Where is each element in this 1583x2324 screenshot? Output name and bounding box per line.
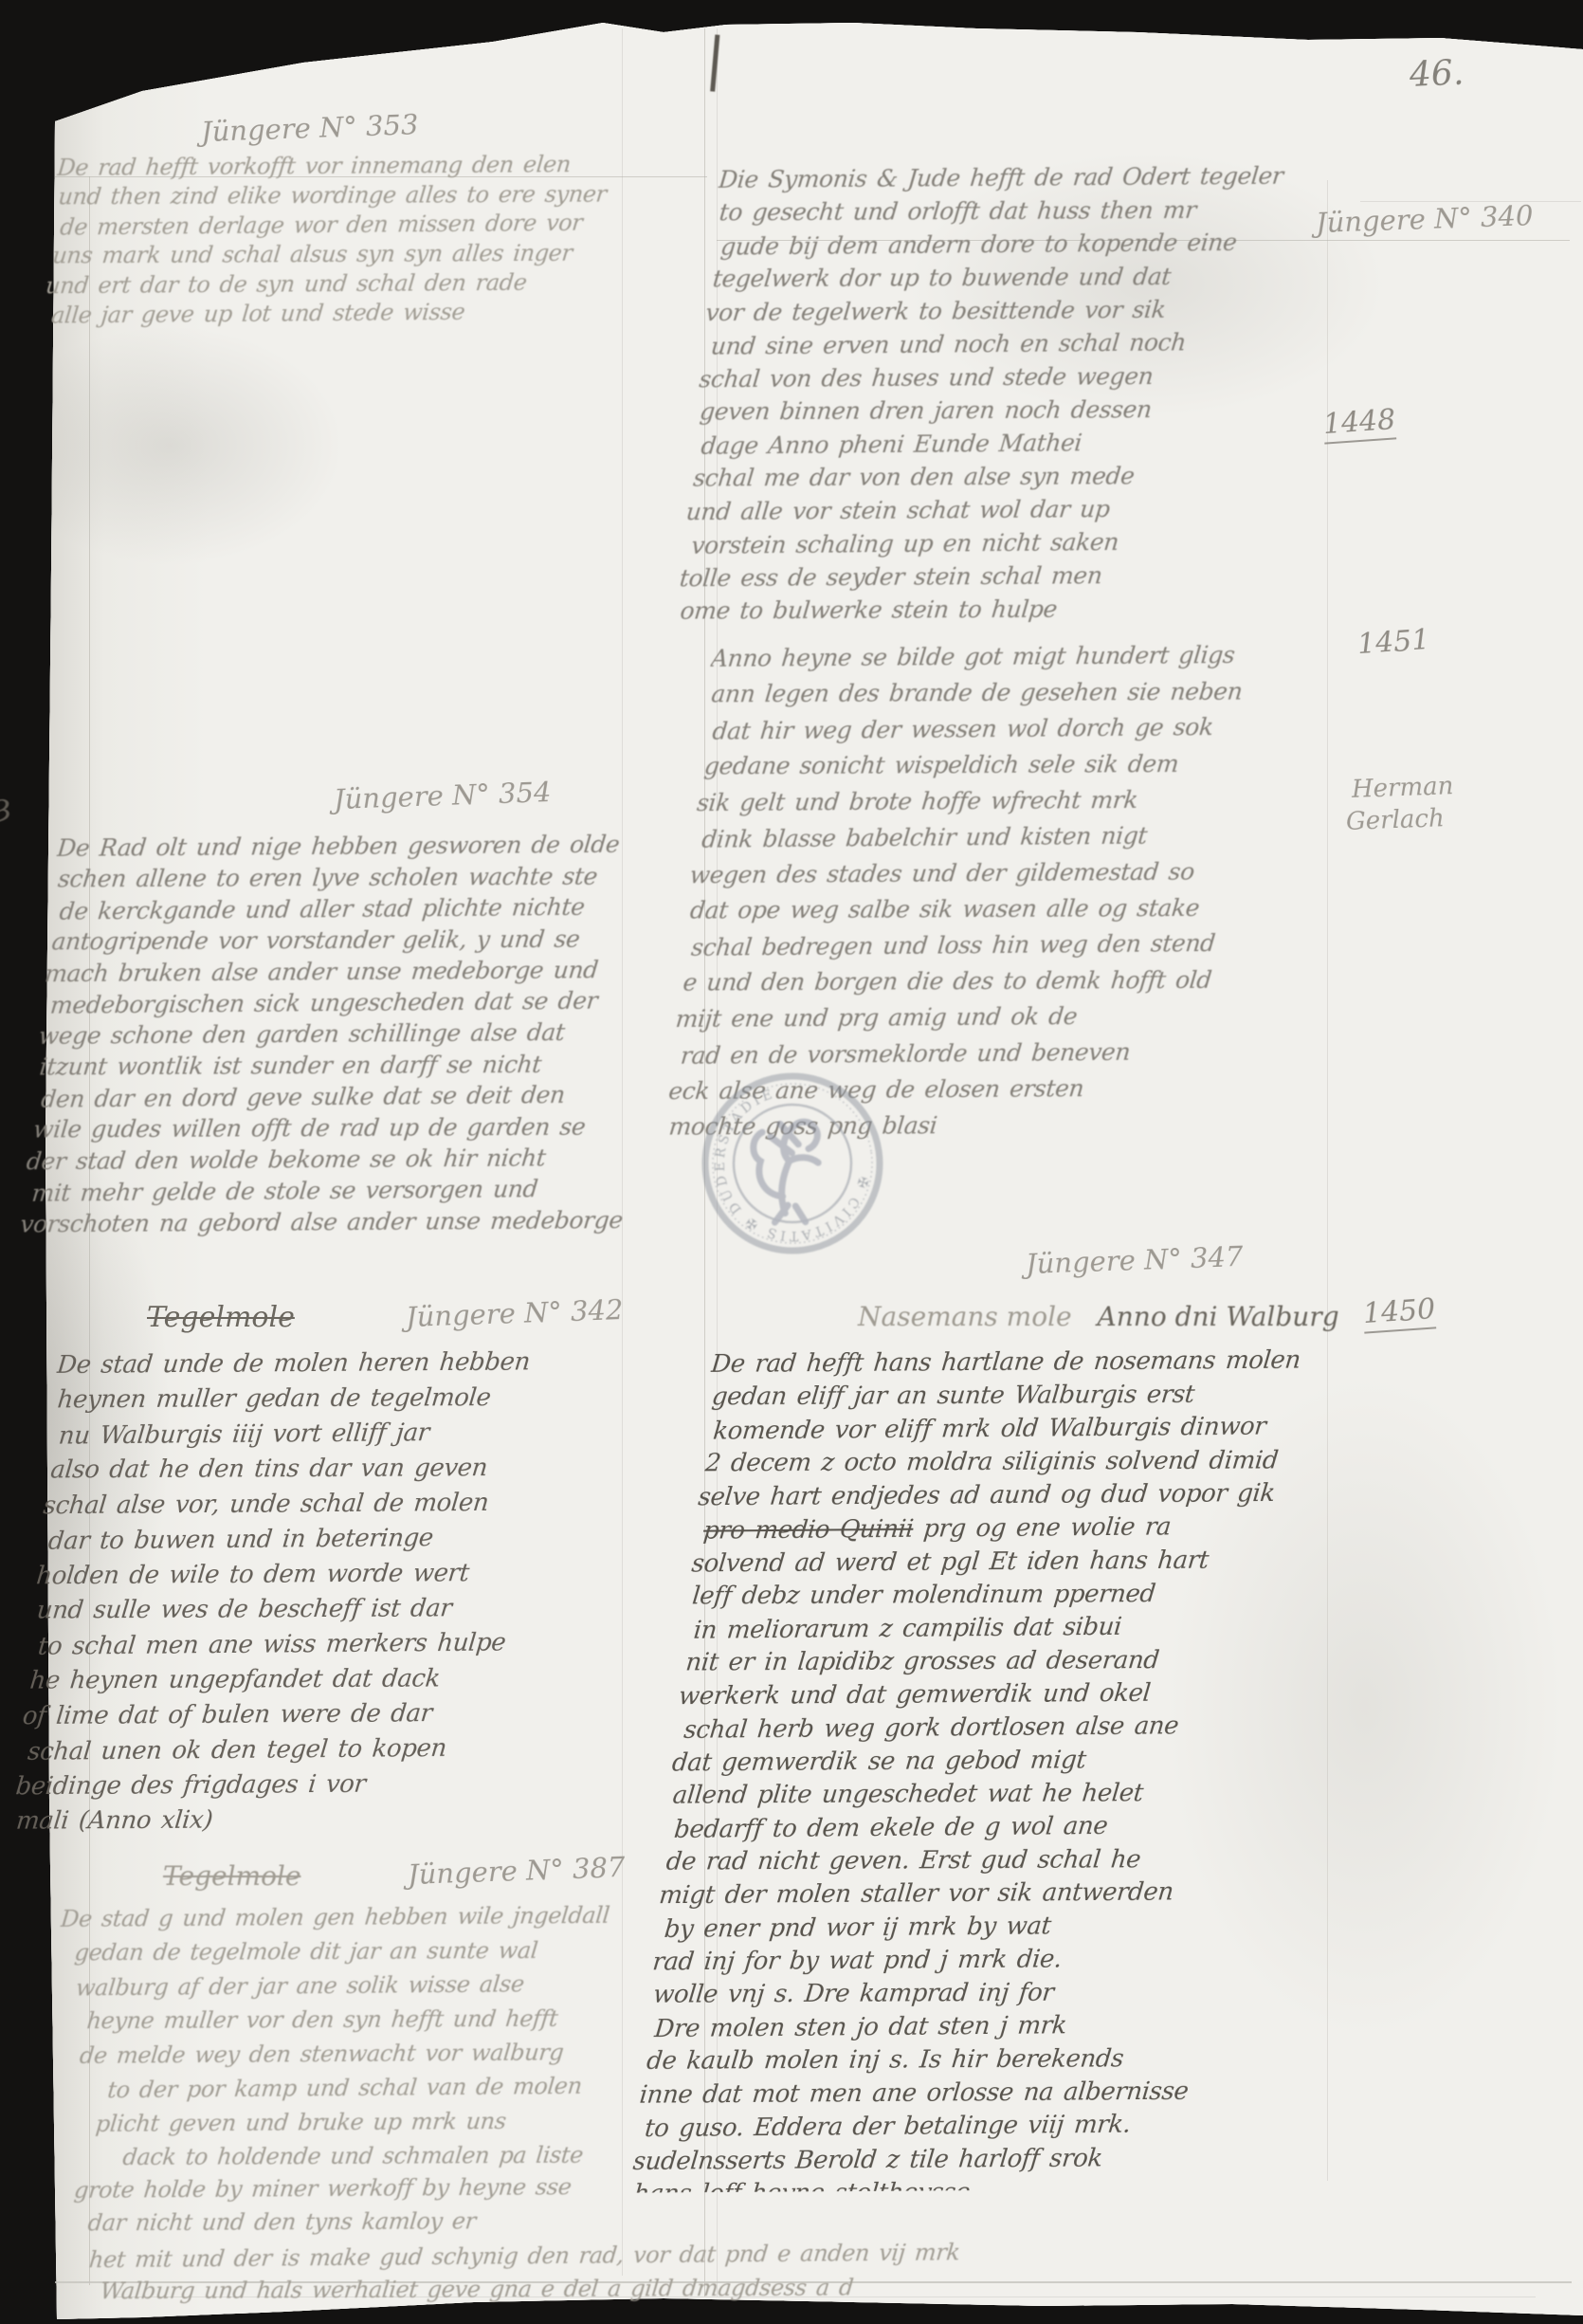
manuscript-line: 2 decem z octo moldra siliginis solvend … <box>703 1444 1337 1480</box>
pen-trial-stroke: ⎸ <box>710 28 773 100</box>
manuscript-line: tolle ess de seyder stein schal men <box>678 558 1297 595</box>
manuscript-line: ome to bulwerke stein to hulpe <box>679 591 1298 627</box>
photographed-manuscript-scan: 46. ⎸ ȝ Jüngere N° 353 De rad hefft vork… <box>0 0 1583 2324</box>
manuscript-line: medeborgischen sick ungescheden dat se d… <box>49 984 659 1021</box>
manuscript-line: gedan eliff jar an sunte Walburgis erst <box>710 1378 1343 1414</box>
manuscript-line: De Rad olt und nige hebben gesworen de o… <box>56 829 665 864</box>
manuscript-line: De rad hefft hans hartlane de nosemans m… <box>710 1344 1343 1382</box>
heading-annotation: Anno dni Walburg <box>1098 1301 1339 1332</box>
manuscript-line: dat gemwerdik se na gebod migt <box>670 1743 1303 1781</box>
manuscript-line: mach bruken alse ander unse medeborge un… <box>44 954 653 989</box>
manuscript-line: Dre molen sten jo dat sten j mrk <box>653 2007 1286 2046</box>
manuscript-line: dage Anno pheni Eunde Mathei <box>700 424 1319 463</box>
manuscript-line: to der por kamp und schal van de molen <box>106 2068 643 2107</box>
manuscript-line: wolle vnj s. Dre kamprad inj for <box>651 1975 1284 2011</box>
entry-paragraph: Die Symonis & Jude hefft de rad Odert te… <box>674 158 1337 637</box>
manuscript-line: und sulle wes de bescheff ist dar <box>35 1590 631 1628</box>
manuscript-line: Die Symonis & Jude hefft de rad Odert te… <box>718 158 1337 196</box>
manuscript-line: in meliorarum z campilis dat sibui <box>692 1609 1325 1648</box>
manuscript-line: und ert dar to de syn und schal den rade <box>45 267 630 301</box>
manuscript-line: also dat he den tins dar van geven <box>49 1450 646 1488</box>
manuscript-line: pro medio Quinii prg og ene wolie ra <box>701 1510 1335 1548</box>
heading-text: Nasemans mole <box>858 1301 1072 1332</box>
entry-paragraph: De rad hefft vorkofft vor innemang den e… <box>40 150 642 343</box>
manuscript-line: sudelnsserts Berold z tile harloff srok <box>631 2141 1265 2179</box>
manuscript-line: walburg af der jar ane solik wisse alse <box>74 1966 650 2004</box>
manuscript-line: schen allene to eren lyve scholen wachte… <box>57 860 665 894</box>
manuscript-line: mit mehr gelde de stole se versorgen und <box>30 1172 640 1209</box>
city-seal-stamp: ✠ CIVITATIS ✠ DUDERSTADIENSIS <box>695 1062 890 1265</box>
manuscript-line: migt der molen staller vor sik antwerden <box>658 1876 1291 1913</box>
manuscript-line: vorschoten na gebord alse ander unse med… <box>19 1204 628 1239</box>
manuscript-line: schal bedregen und loss hin weg den sten… <box>689 924 1319 966</box>
manuscript-line: heynen muller gedan de tegelmole <box>56 1380 651 1418</box>
manuscript-line: wile gudes willen offt de rad up de gard… <box>32 1110 642 1144</box>
manuscript-line: Walburg und hals werhaliet geve gna e de… <box>99 2267 1529 2308</box>
manuscript-line: schal alse vor, unde schal de molen <box>42 1485 638 1524</box>
manuscript-line: to guso. Eddera der betalinge viij mrk. <box>644 2107 1277 2146</box>
manuscript-line: dink blasse babelchir und kisten nigt <box>701 816 1330 858</box>
manuscript-line: geven binnen dren jaren noch dessen <box>699 392 1318 428</box>
manuscript-line: werkerk und dat gemwerdik und okel <box>677 1676 1310 1714</box>
manuscript-line: wegen des stades und der gildemestad so <box>688 853 1318 894</box>
heading-text: Tegelmole <box>163 1860 300 1892</box>
manuscript-line: de kaulb molen inj s. Is hir berekends <box>645 2042 1278 2078</box>
manuscript-line: holden de wile to dem worde wert <box>35 1555 631 1594</box>
manuscript-line: gedan de tegelmole dit jar an sunte wal <box>73 1932 650 1969</box>
margin-archivist-name-2: Gerlach <box>1346 804 1446 836</box>
manuscript-line: solvend ad werd et pgl Et iden hans hart <box>690 1544 1323 1582</box>
manuscript-line: gude bij dem andern dore to kopende eine <box>719 225 1337 264</box>
manuscript-line: ann legen des brande de gesehen sie nebe… <box>710 673 1338 712</box>
margin-archivist-name-1: Herman <box>1352 772 1454 804</box>
manuscript-line: allend plite ungeschedet wat he helet <box>671 1776 1304 1812</box>
margin-year-1450: 1450 <box>1362 1292 1437 1333</box>
manuscript-line: to schal men ane wiss merkers hulpe <box>36 1624 632 1664</box>
manuscript-line: plicht geven und bruke up mrk uns <box>94 2103 630 2141</box>
manuscript-line: alle jar geve up lot und stede wisse <box>50 296 636 330</box>
manuscript-line: und then zind elike wordinge alles to er… <box>57 179 642 211</box>
manuscript-line: und alle vor stein schat wol dar up <box>684 491 1303 529</box>
manuscript-line: heyne muller vor den syn hefft und hefft <box>85 2001 644 2038</box>
manuscript-line: beidinge des frigdages i vor <box>14 1766 610 1804</box>
struck-through-text: pro medio Quinii <box>702 1515 915 1546</box>
entry-paragraph: De stad unde de molen heren hebbenheynen… <box>9 1345 650 1847</box>
manuscript-line: vor de tegelwerk to besittende vor sik <box>704 292 1323 330</box>
manuscript-line: De stad g und molen gen hebben wile jnge… <box>59 1898 650 1936</box>
manuscript-line: antogripende vor vorstander gelik, y und… <box>50 923 660 957</box>
manuscript-line: itzunt wontlik ist sunder en darff se ni… <box>38 1048 647 1082</box>
margin-year-1451: 1451 <box>1356 623 1431 661</box>
manuscript-line: to gesecht und orlofft dat huss then mr <box>718 192 1337 229</box>
entry-paragraph: De stad g und molen gen hebben wile jnge… <box>35 1898 650 2180</box>
manuscript-line: De rad hefft vorkofft vor innemang den e… <box>56 150 642 183</box>
manuscript-line: dack to holdende und schmalen pa liste <box>121 2137 630 2174</box>
lion-rampant-icon <box>751 1119 829 1228</box>
entry-paragraph: De Rad olt und nige hebben gesworen de o… <box>18 829 665 1249</box>
section-heading-nasemans-mole: Nasemans mole Anno dni Walburg <box>858 1301 1339 1332</box>
manuscript-line: schal unen ok den tegel to kopen <box>26 1729 622 1769</box>
entry-paragraph: De rad hefft hans hartlane de nosemans m… <box>630 1344 1343 2192</box>
manuscript-line: selve hart endjedes ad aund og dud vopor… <box>697 1476 1330 1514</box>
manuscript-line: inne dat mot men ane orlosse na albernis… <box>638 2075 1271 2113</box>
manuscript-line: by ener pnd wor ij mrk by wat <box>663 1908 1296 1947</box>
manuscript-line: komende vor eliff mrk old Walburgis dinw… <box>712 1410 1343 1449</box>
manuscript-line: mali (Anno xlix) <box>14 1802 610 1839</box>
manuscript-line: wege schone den garden schillinge alse d… <box>37 1016 646 1052</box>
manuscript-line: Anno heyne se bilde got migt hundert gli… <box>709 636 1338 677</box>
page-number: 46. <box>1409 54 1465 96</box>
right-margin-rule <box>1327 180 1328 2181</box>
manuscript-line: de melde wey den stenwacht vor walburg <box>78 2035 637 2073</box>
manuscript-line: de kerckgande und aller stad plichte nic… <box>58 890 665 927</box>
manuscript-line: dat ope weg salbe sik wasen alle og stak… <box>688 889 1318 928</box>
manuscript-line: mijt ene und prg amig und ok de <box>674 997 1303 1038</box>
manuscript-line: De stad unde de molen heren hebben <box>55 1345 651 1383</box>
manuscript-line: schal me dar von den alse syn mede <box>692 458 1311 494</box>
manuscript-line: vorstein schaling up en nicht saken <box>690 523 1309 562</box>
manuscript-line: e und den borgen die des to demk hofft o… <box>682 961 1311 1000</box>
left-edge-flourish: ȝ <box>0 787 11 825</box>
manuscript-line: he heynen ungepfandet dat dack <box>28 1660 625 1698</box>
manuscript-line: nu Walburgis iiij vort elliff jar <box>57 1414 651 1454</box>
manuscript-line: den dar en dord geve sulke dat se deit d… <box>40 1078 649 1115</box>
manuscript-line: bedarff to dem ekele de g wol ane <box>672 1808 1305 1847</box>
manuscript-line: und sine erven und noch en schal noch <box>709 324 1328 363</box>
manuscript-line: schal von des huses und stede wegen <box>698 358 1317 396</box>
manuscript-line: uns mark und schal alsus syn syn alles i… <box>51 238 637 270</box>
manuscript-line: of lime dat of bulen were de dar <box>21 1695 617 1734</box>
heading-text: Tegelmole <box>147 1301 295 1334</box>
manuscript-line: sik gelt und brote hoffe wfrecht mrk <box>695 781 1324 822</box>
manuscript-line: leff debz under molendinum pperned <box>691 1577 1324 1613</box>
manuscript-line: dat hir weg der wessen wol dorch ge sok <box>711 708 1338 750</box>
manuscript-line: dar to buwen und in beteringe <box>46 1519 643 1559</box>
manuscript-line: schal herb weg gork dortlosen alse ane <box>682 1709 1316 1748</box>
manuscript-line: de rad nicht geven. Erst gud schal he <box>664 1842 1298 1878</box>
manuscript-line: nit er in lapidibz grosses ad deserand <box>684 1643 1318 1679</box>
manuscript-line: gedane sonicht wispeldich sele sik dem <box>702 745 1332 784</box>
manuscript-line: tegelwerk dor up to buwende und dat <box>711 259 1330 295</box>
section-heading-tegelmole-2: Tegelmole <box>163 1860 300 1892</box>
manuscript-line: rad inj for by wat pnd j mrk die. <box>651 1942 1284 1980</box>
margin-year-1448: 1448 <box>1322 403 1397 444</box>
manuscript-line: der stad den wolde bekome se ok hir nich… <box>25 1142 634 1177</box>
manuscript-line: de mersten derlage wor den missen dore v… <box>59 208 642 242</box>
section-heading-tegelmole-1: Tegelmole <box>147 1301 295 1334</box>
